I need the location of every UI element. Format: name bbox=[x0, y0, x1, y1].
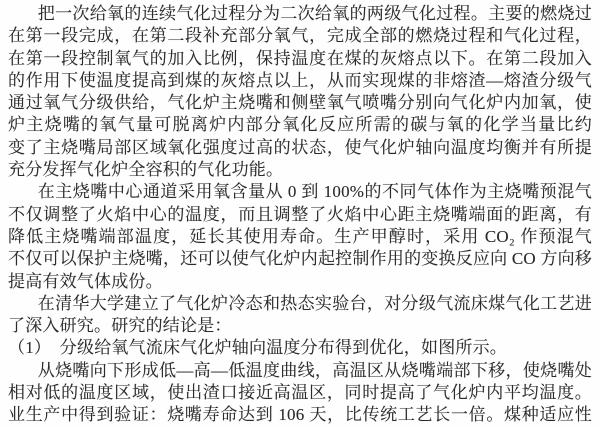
text-line: 炉主烧嘴的氧气量可脱离炉内部分氧化反应所需的碳与氧的化学当量比约束，改 bbox=[8, 114, 592, 136]
text-line: 了深入研究。研究的结论是： bbox=[8, 315, 592, 337]
text-line: 在清华大学建立了气化炉冷态和热态实验台，对分级气流床煤气化工艺进行 bbox=[8, 293, 592, 315]
text-line: 在第一段完成，在第二段补充部分氧气，完成全部的燃烧过程和气化过程，并且 bbox=[8, 25, 592, 47]
text-line: （1） 分级给氧气流床气化炉轴向温度分布得到优化，如图所示。 bbox=[8, 337, 592, 359]
text-line: 提高有效气体成份。 bbox=[8, 271, 592, 293]
text-line: 不仅可以保护主烧嘴，还可以使气化炉内起控制作用的变换反应向 CO 方向移动， bbox=[8, 248, 592, 270]
text-line: 不仅调整了火焰中心的温度，而且调整了火焰中心距主烧嘴端面的距离，有利于 bbox=[8, 204, 592, 226]
text-line: 在主烧嘴中心通道采用氧含量从 0 到 100%的不同气体作为主烧嘴预混气体， bbox=[8, 181, 592, 203]
text-line: 的作用下使温度提高到煤的灰熔点以上，从而实现煤的非熔渣—熔渣分级气化。 bbox=[8, 70, 592, 92]
text-line: 从烧嘴向下形成低—高—低温度曲线，高温区从烧嘴端部下移，使烧嘴处于 bbox=[8, 360, 592, 382]
document-page: 把一次给氧的连续气化过程分为二次给氧的两级气化过程。主要的燃烧过程在第一段完成，… bbox=[0, 0, 600, 427]
text-line: 充分发挥气化炉全容积的气化功能。 bbox=[8, 159, 592, 181]
text-line: 在第一段控制氧气的加入比例，保持温度在煤的灰熔点以下。在第二段加入氧气 bbox=[8, 48, 592, 70]
text-line: 通过氧气分级供给，气化炉主烧嘴和侧壁氧气喷嘴分别向气化炉内加氧，使气化 bbox=[8, 92, 592, 114]
document-text-block: 把一次给氧的连续气化过程分为二次给氧的两级气化过程。主要的燃烧过程在第一段完成，… bbox=[8, 3, 592, 427]
text-line: 相对低的温度区域，使出渣口接近高温区，同时提高了气化炉内平均温度。在工 bbox=[8, 382, 592, 404]
text-line: 把一次给氧的连续气化过程分为二次给氧的两级气化过程。主要的燃烧过程 bbox=[8, 3, 592, 25]
text-line: 业生产中得到验证：烧嘴寿命达到 106 天，比传统工艺长一倍。煤种适应性宽， bbox=[8, 404, 592, 426]
text-line: 变了主烧嘴局部区域氧化强度过高的状态，使气化炉轴向温度均衡并有所提高， bbox=[8, 137, 592, 159]
text-line: 降低主烧嘴端部温度，延长其使用寿命。生产甲醇时，采用 CO₂ 作预混气体， bbox=[8, 226, 592, 248]
